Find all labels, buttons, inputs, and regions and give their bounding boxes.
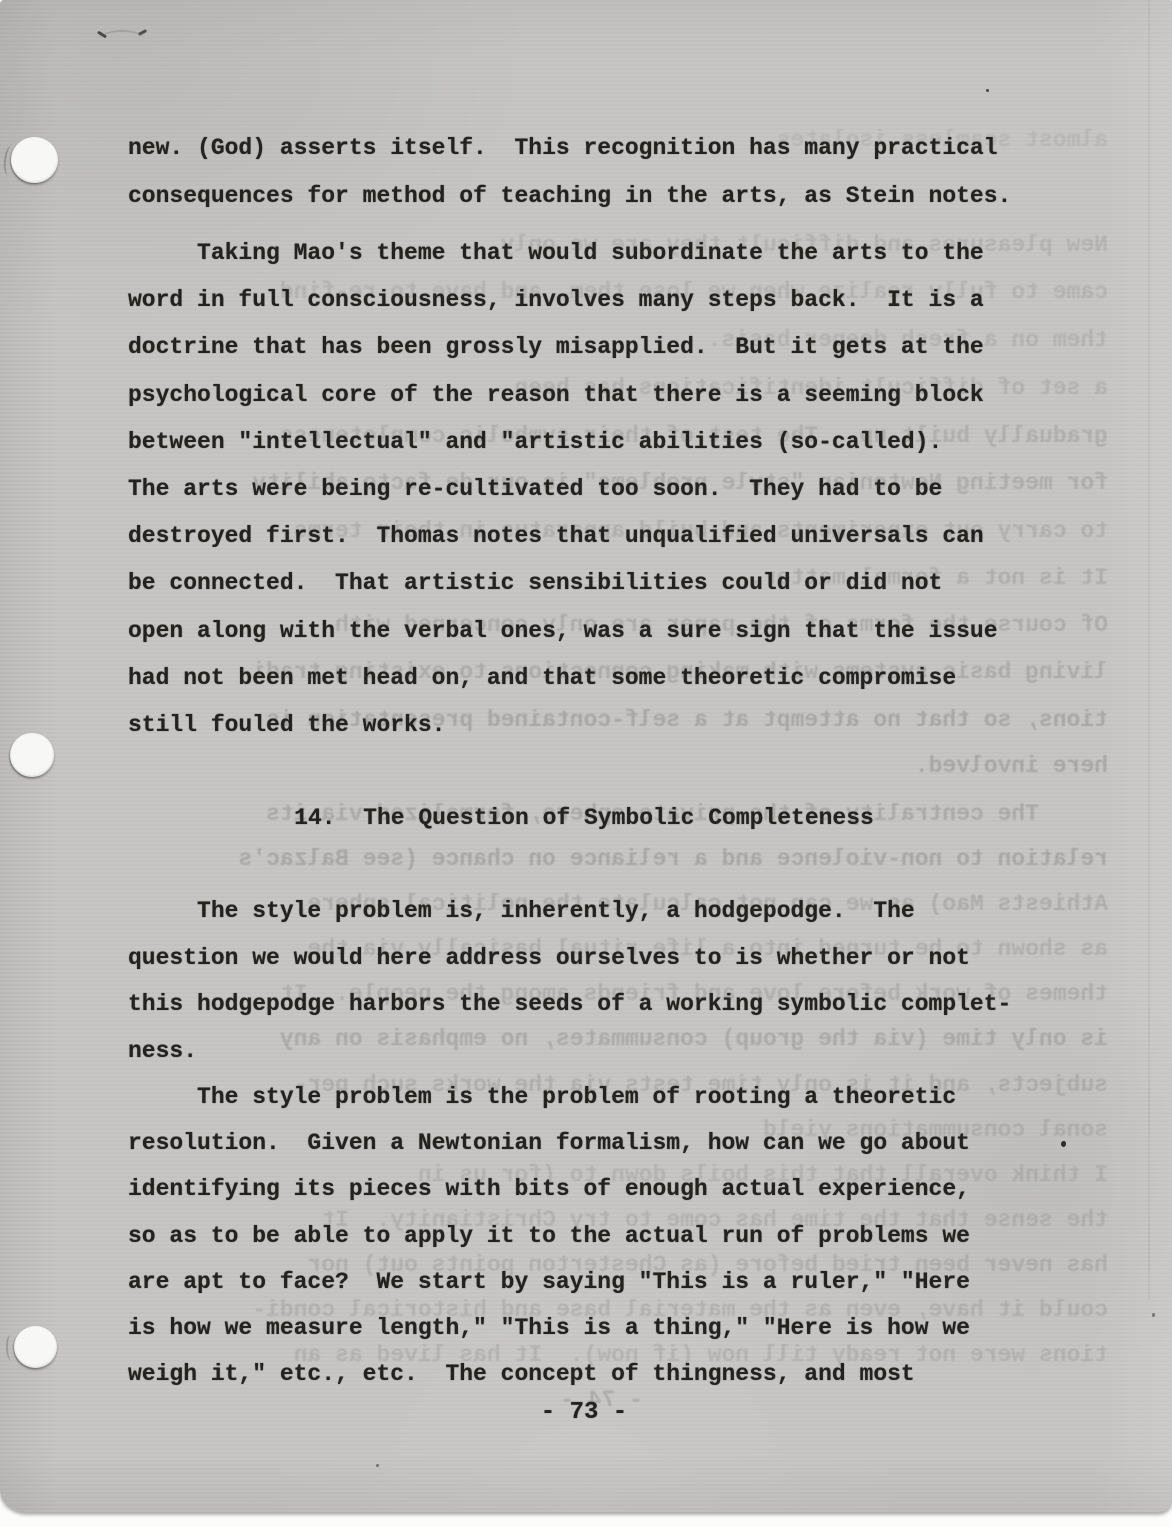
- typed-line: doctrine that has been grossly misapplie…: [128, 324, 1058, 371]
- typed-line: The style problem is the problem of root…: [128, 1074, 1058, 1120]
- typed-line: open along with the verbal ones, was a s…: [128, 608, 1058, 655]
- typed-line: is how we measure length," "This is a th…: [128, 1305, 1058, 1351]
- typed-paragraph-1: new. (God) asserts itself. This recognit…: [128, 124, 1058, 220]
- typed-line: still fouled the works.: [128, 702, 1058, 749]
- typed-paragraph-3: The style problem is, inherently, a hodg…: [128, 888, 1058, 1074]
- ink-speck: [376, 1464, 379, 1467]
- vertical-crease: [1148, 0, 1150, 1300]
- typed-paragraph-4: The style problem is the problem of root…: [128, 1074, 1058, 1397]
- typed-line: new. (God) asserts itself. This recognit…: [128, 124, 1058, 172]
- typed-line: be connected. That artistic sensibilitie…: [128, 560, 1058, 607]
- typed-line: this hodgepodge harbors the seeds of a w…: [128, 981, 1058, 1028]
- typed-line: identifying its pieces with bits of enou…: [128, 1166, 1058, 1212]
- typed-line: Taking Mao's theme that would subordinat…: [128, 230, 1058, 277]
- page-number: - 73 -: [128, 1398, 1040, 1428]
- ink-speck: [986, 89, 989, 92]
- hole-punch-bottom: [14, 1326, 57, 1368]
- typed-line: are apt to face? We start by saying "Thi…: [128, 1259, 1058, 1305]
- typed-line: between "intellectual" and "artistic abi…: [128, 419, 1058, 466]
- section-heading: 14. The Question of Symbolic Completenes…: [128, 803, 1040, 833]
- ink-speck: [1061, 1141, 1066, 1147]
- typed-line: The style problem is, inherently, a hodg…: [128, 888, 1058, 935]
- typed-line: consequences for method of teaching in t…: [128, 172, 1058, 220]
- typed-line: word in full consciousness, involves man…: [128, 277, 1058, 324]
- typed-line: resolution. Given a Newtonian formalism,…: [128, 1120, 1058, 1166]
- typed-line: ness.: [128, 1028, 1058, 1075]
- hole-punch-top: [11, 137, 58, 183]
- bleedthrough-line: relation to non-violence and a reliance …: [238, 846, 1108, 872]
- hole-punch-middle: [10, 733, 54, 777]
- bleedthrough-line: here involved.: [915, 753, 1108, 779]
- typed-line: question we would here address ourselves…: [128, 935, 1058, 982]
- crease-mark: [100, 30, 144, 48]
- typed-line: weigh it," etc., etc. The concept of thi…: [128, 1351, 1058, 1397]
- typed-line: The arts were being re-cultivated too so…: [128, 466, 1058, 513]
- ink-speck: [1152, 1313, 1155, 1317]
- typed-line: had not been met head on, and that some …: [128, 655, 1058, 702]
- typed-line: psychological core of the reason that th…: [128, 372, 1058, 419]
- scanned-page: almost seamless isolatesNew pleasures an…: [0, 0, 1172, 1512]
- typed-line: destroyed first. Thomas notes that unqua…: [128, 513, 1058, 560]
- typed-paragraph-2: Taking Mao's theme that would subordinat…: [128, 230, 1058, 749]
- typed-line: so as to be able to apply it to the actu…: [128, 1213, 1058, 1259]
